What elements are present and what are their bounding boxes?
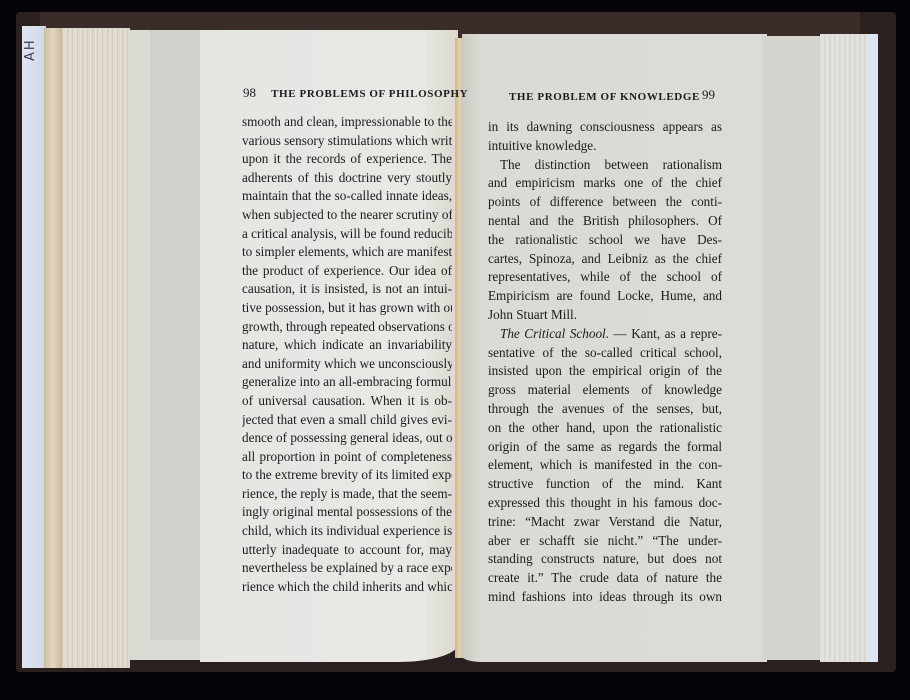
text-line: representatives, while of the school of bbox=[488, 268, 722, 287]
text-line: to the extreme brevity of its limited ex… bbox=[242, 466, 452, 485]
text-line: ingly original mental possessions of the bbox=[242, 503, 452, 522]
text-line: rience, the reply is made, that the seem… bbox=[242, 485, 452, 504]
text-line: nature, which indicate an invariability bbox=[242, 336, 452, 355]
section-heading: The Critical School. bbox=[500, 326, 609, 341]
text-line: expressed this thought in his famous doc… bbox=[488, 494, 722, 513]
text-line: jected that even a small child gives evi… bbox=[242, 411, 452, 430]
left-flyleaf bbox=[22, 26, 46, 668]
text-line: generalize into an all-embracing formula bbox=[242, 373, 452, 392]
text-line: of universal causation. When it is ob- bbox=[242, 392, 452, 411]
text-line: and uniformity which we unconsciously bbox=[242, 355, 452, 374]
text-line: adherents of this doctrine very stoutly bbox=[242, 169, 452, 188]
left-hinge-tape-inner bbox=[150, 30, 200, 640]
text-line: when subjected to the nearer scrutiny of bbox=[242, 206, 452, 225]
text-line: tive possession, but it has grown with o… bbox=[242, 299, 452, 318]
text-line: in its dawning consciousness appears as bbox=[488, 118, 722, 137]
text-line: upon it the records of experience. The bbox=[242, 150, 452, 169]
text-line: Empiricism are found Locke, Hume, and bbox=[488, 287, 722, 306]
page-number-right: 99 bbox=[702, 87, 715, 103]
text-line: cartes, Spinoza, and Leibniz as the chie… bbox=[488, 250, 722, 269]
text-line: mind fashions into ideas through its own bbox=[488, 588, 722, 607]
text-line: nevertheless be explained by a race expe… bbox=[242, 559, 452, 578]
text-line: rience which the child inherits and whic… bbox=[242, 578, 452, 597]
text-line: various sensory stimulations which write bbox=[242, 132, 452, 151]
text-line: insisted upon the empirical origin of th… bbox=[488, 362, 722, 381]
running-title-right: THE PROBLEM OF KNOWLEDGE bbox=[509, 91, 700, 103]
text-line: points of difference between the conti- bbox=[488, 193, 722, 212]
text-line: on the other hand, upon the rationalisti… bbox=[488, 419, 722, 438]
text-line: trine: “Macht zwar Verstand die Natur, bbox=[488, 513, 722, 532]
section-heading-line: The Critical School. — Kant, as a repre- bbox=[488, 325, 722, 344]
page-number-left: 98 bbox=[243, 85, 256, 100]
right-page-header: THE PROBLEM OF KNOWLEDGE 99 bbox=[509, 89, 715, 104]
text-fragment: — Kant, as a repre- bbox=[609, 326, 722, 341]
text-line: the rationalistic school we have Des- bbox=[488, 231, 722, 250]
text-line: aber er schafft sie nicht.” “The under- bbox=[488, 532, 722, 551]
text-line: maintain that the so-called innate ideas… bbox=[242, 187, 452, 206]
text-line: utterly inadequate to account for, may bbox=[242, 541, 452, 560]
left-binding-strip bbox=[44, 28, 62, 668]
left-page-body: smooth and clean, impressionable to the … bbox=[242, 113, 452, 596]
text-line: smooth and clean, impressionable to the bbox=[242, 113, 452, 132]
text-line: all proportion in point of completeness bbox=[242, 448, 452, 467]
text-line: the product of experience. Our idea of bbox=[242, 262, 452, 281]
right-page-body: in its dawning consciousness appears as … bbox=[488, 118, 722, 607]
text-line: child, which its individual experience i… bbox=[242, 522, 452, 541]
text-line: nental and the British philosophers. Of bbox=[488, 212, 722, 231]
text-line: through the avenues of the senses, but, bbox=[488, 400, 722, 419]
text-line: causation, it is insisted, is not an int… bbox=[242, 280, 452, 299]
text-line: origin of the same as regards the formal bbox=[488, 438, 722, 457]
text-line: intuitive knowledge. bbox=[488, 137, 722, 156]
text-line: growth, through repeated observations of bbox=[242, 318, 452, 337]
left-page-header: 98 THE PROBLEMS OF PHILOSOPHY bbox=[243, 85, 468, 101]
right-flyleaf bbox=[868, 34, 878, 662]
text-line: to simpler elements, which are manifestl… bbox=[242, 243, 452, 262]
text-line: a critical analysis, will be found reduc… bbox=[242, 225, 452, 244]
text-line: sentative of the so-called critical scho… bbox=[488, 344, 722, 363]
right-page-edges bbox=[820, 34, 870, 662]
pencil-annotation: AH bbox=[23, 30, 45, 70]
text-line: The distinction between rationalism bbox=[488, 156, 722, 175]
running-title-left: THE PROBLEMS OF PHILOSOPHY bbox=[271, 88, 468, 100]
text-line: John Stuart Mill. bbox=[488, 306, 722, 325]
text-line: dence of possessing general ideas, out o… bbox=[242, 429, 452, 448]
text-line: create it.” The crude data of nature the bbox=[488, 569, 722, 588]
text-line: and empiricism marks one of the chief bbox=[488, 174, 722, 193]
text-line: standing constructs nature, but does not bbox=[488, 550, 722, 569]
text-line: element, which is manifested in the con- bbox=[488, 456, 722, 475]
text-line: structive function of the mind. Kant bbox=[488, 475, 722, 494]
text-line: gross material elements of knowledge bbox=[488, 381, 722, 400]
right-hinge-tape bbox=[762, 36, 822, 660]
